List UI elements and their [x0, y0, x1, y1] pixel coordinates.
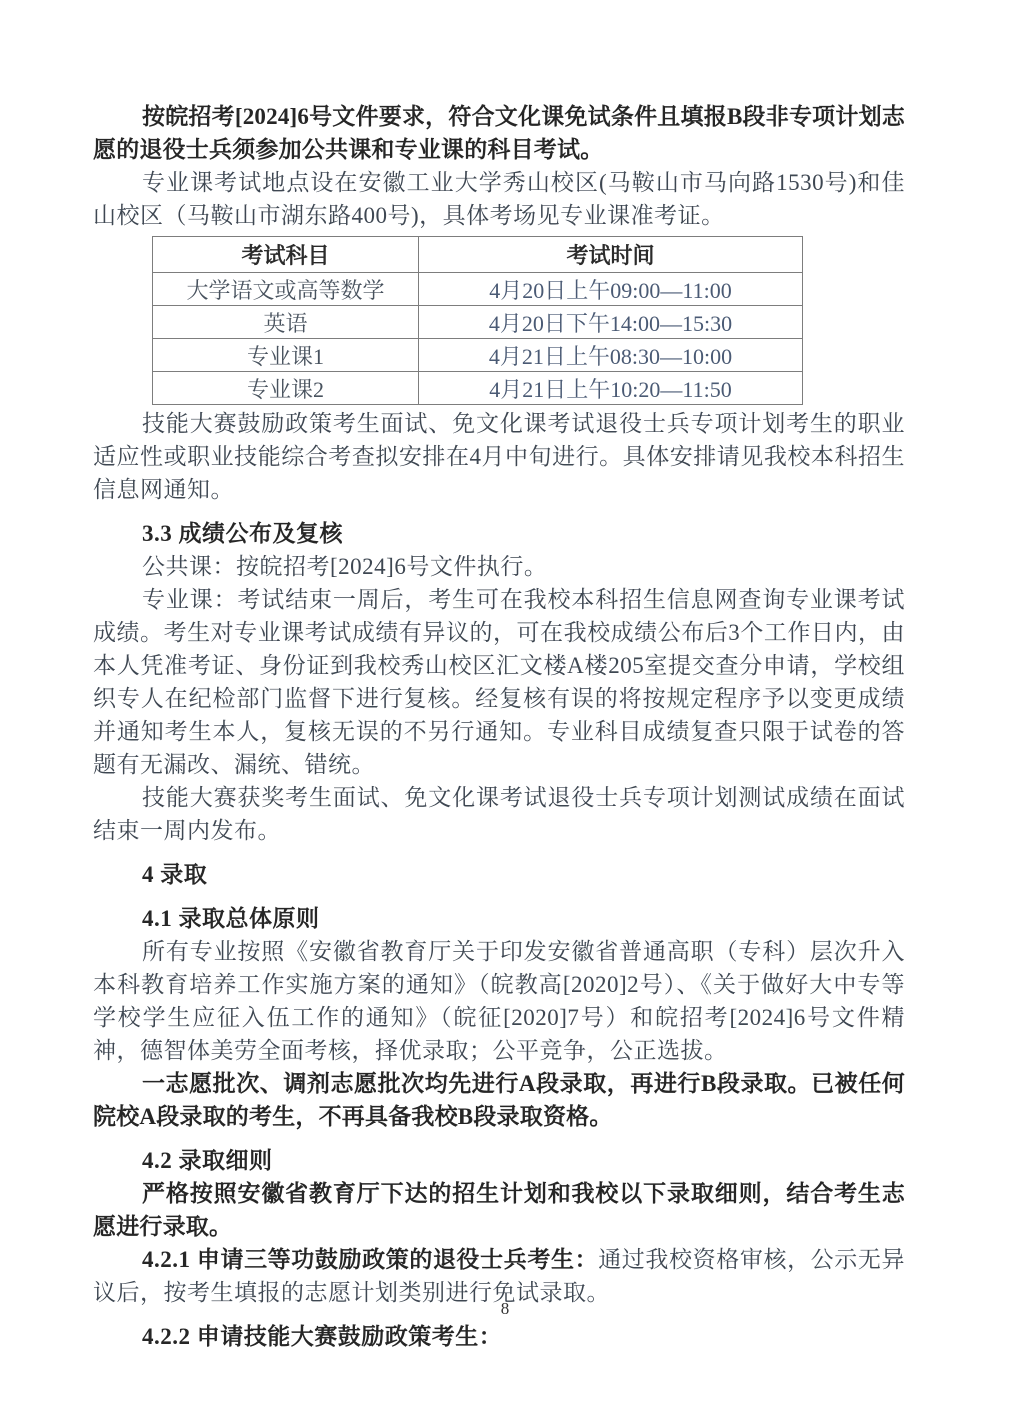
exam-time-cell: 4月20日上午09:00—11:00 — [419, 273, 803, 306]
page-number: 8 — [0, 1298, 1010, 1320]
table-row: 专业课2 4月21日上午10:20—11:50 — [153, 372, 803, 405]
exam-subject-cell: 专业课1 — [153, 339, 419, 372]
table-row: 专业课1 4月21日上午08:30—10:00 — [153, 339, 803, 372]
document-page: 按皖招考[2024]6号文件要求，符合文化课免试条件且填报B段非专项计划志愿的退… — [0, 0, 1010, 1424]
para-exam-requirement: 按皖招考[2024]6号文件要求，符合文化课免试条件且填报B段非专项计划志愿的退… — [93, 100, 905, 166]
para-interview-result: 技能大赛获奖考生面试、免文化课考试退役士兵专项计划测试成绩在面试结束一周内发布。 — [93, 781, 905, 847]
section-heading-3-3: 3.3 成绩公布及复核 — [93, 517, 905, 550]
section-heading-4-2-2: 4.2.2 申请技能大赛鼓励政策考生： — [93, 1320, 905, 1353]
para-admission-principle: 所有专业按照《安徽省教育厅关于印发安徽省普通高职（专科）层次升入本科教育培养工作… — [93, 935, 905, 1067]
para-admission-detail: 严格按照安徽省教育厅下达的招生计划和我校以下录取细则，结合考生志愿进行录取。 — [93, 1177, 905, 1243]
table-row: 英语 4月20日下午14:00—15:30 — [153, 306, 803, 339]
exam-time-cell: 4月21日上午10:20—11:50 — [419, 372, 803, 405]
exam-time-cell: 4月20日下午14:00—15:30 — [419, 306, 803, 339]
exam-subject-cell: 大学语文或高等数学 — [153, 273, 419, 306]
para-4-2-1-lead: 4.2.1 申请三等功鼓励政策的退役士兵考生： — [142, 1247, 598, 1272]
para-interview-schedule: 技能大赛鼓励政策考生面试、免文化课考试退役士兵专项计划考生的职业适应性或职业技能… — [93, 407, 905, 506]
exam-time-cell: 4月21日上午08:30—10:00 — [419, 339, 803, 372]
section-heading-4-2: 4.2 录取细则 — [93, 1144, 905, 1177]
exam-table-header-time: 考试时间 — [419, 237, 803, 273]
para-public-course: 公共课：按皖招考[2024]6号文件执行。 — [93, 550, 905, 583]
table-row: 大学语文或高等数学 4月20日上午09:00—11:00 — [153, 273, 803, 306]
para-exam-location: 专业课考试地点设在安徽工业大学秀山校区(马鞍山市马向路1530号)和佳山校区（马… — [93, 166, 905, 232]
section-heading-4-1: 4.1 录取总体原则 — [93, 902, 905, 935]
exam-schedule-table: 考试科目 考试时间 大学语文或高等数学 4月20日上午09:00—11:00 英… — [152, 236, 803, 405]
section-heading-4: 4 录取 — [93, 858, 905, 891]
exam-table-header-subject: 考试科目 — [153, 237, 419, 273]
para-batch-rule: 一志愿批次、调剂志愿批次均先进行A段录取，再进行B段录取。已被任何院校A段录取的… — [93, 1067, 905, 1133]
exam-subject-cell: 专业课2 — [153, 372, 419, 405]
para-score-review: 专业课：考试结束一周后，考生可在我校本科招生信息网查询专业课考试成绩。考生对专业… — [93, 583, 905, 781]
document-content: 按皖招考[2024]6号文件要求，符合文化课免试条件且填报B段非专项计划志愿的退… — [93, 100, 905, 1353]
exam-table-header-row: 考试科目 考试时间 — [153, 237, 803, 273]
exam-subject-cell: 英语 — [153, 306, 419, 339]
